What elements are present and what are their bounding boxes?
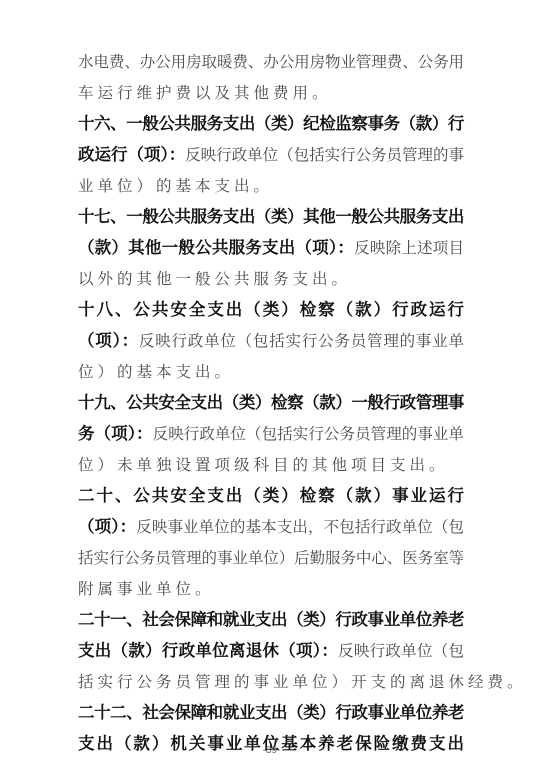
text-line: 二十二、社会保障和就业支出（类）行政事业单位养老 [78, 701, 464, 725]
heading-text: 十九、公共安全支出（类）检察（款）一般行政管理事 [78, 393, 464, 412]
heading-text: 二十一、社会保障和就业支出（类）行政事业单位养老 [78, 610, 464, 629]
heading-text: （项）： [78, 331, 139, 350]
page-number: -39- [0, 745, 543, 756]
body-text: 反映事业单位的基本支出，不包括行政单位（包 [136, 518, 464, 536]
body-text: 车运行维护费以及其他费用。 [78, 84, 332, 102]
text-line: 务（项）：反映行政单位（包括实行公务员管理的事业单 [78, 422, 464, 446]
text-line: 括实行公务员管理的事业单位）后勤服务中心、医务室等 [78, 546, 464, 570]
document-page: 水电费、办公用房取暖费、办公用房物业管理费、公务用车运行维护费以及其他费用。十六… [0, 0, 543, 768]
heading-text: 务（项）： [78, 424, 153, 443]
body-text: 位）未单独设置项级科目的其他项目支出。 [78, 456, 449, 474]
heading-text: 十八、公共安全支出（类）检察（款）行政运行 [78, 300, 464, 319]
body-text: 位）的基本支出。 [78, 363, 234, 381]
text-line: 水电费、办公用房取暖费、办公用房物业管理费、公务用 [78, 50, 464, 74]
body-text: 水电费、办公用房取暖费、办公用房物业管理费、公务用 [78, 53, 464, 71]
heading-text: 二十二、社会保障和就业支出（类）行政事业单位养老 [78, 703, 464, 722]
heading-text: 十七、一般公共服务支出（类）其他一般公共服务支出 [78, 207, 464, 226]
text-line: 十七、一般公共服务支出（类）其他一般公共服务支出 [78, 205, 464, 229]
body-text: 以外的其他一般公共服务支出。 [78, 270, 351, 288]
heading-text: 十六、一般公共服务支出（类）纪检监察事务（款）行 [78, 114, 464, 133]
body-text: 反映除上述项目 [354, 239, 464, 257]
text-line: （项）：反映事业单位的基本支出，不包括行政单位（包 [78, 515, 464, 539]
text-line: 十八、公共安全支出（类）检察（款）行政运行 [78, 298, 464, 322]
text-line: 政运行（项）：反映行政单位（包括实行公务员管理的事 [78, 143, 464, 167]
text-line: 业单位）的基本支出。 [78, 174, 464, 198]
text-line: 以外的其他一般公共服务支出。 [78, 267, 464, 291]
text-line: （款）其他一般公共服务支出（项）：反映除上述项目 [78, 236, 464, 260]
body-text: 反映行政单位（包括实行公务员管理的事业单 [153, 425, 464, 443]
body-text: 附属事业单位。 [78, 580, 215, 598]
heading-text: 二十、公共安全支出（类）检察（款）事业运行 [78, 486, 464, 505]
text-line: 括实行公务员管理的事业单位）开支的离退休经费。 [78, 670, 464, 694]
body-text: 括实行公务员管理的事业单位）开支的离退休经费。 [78, 673, 527, 691]
text-line: （项）：反映行政单位（包括实行公务员管理的事业单 [78, 329, 464, 353]
body-text: 括实行公务员管理的事业单位）后勤服务中心、医务室等 [78, 549, 464, 567]
text-line: 二十一、社会保障和就业支出（类）行政事业单位养老 [78, 608, 464, 632]
body-text: 反映行政单位（包 [338, 642, 464, 660]
text-line: 十六、一般公共服务支出（类）纪检监察事务（款）行 [78, 112, 464, 136]
heading-text: 政运行（项）： [78, 145, 185, 164]
text-line: 附属事业单位。 [78, 577, 464, 601]
text-line: 位）的基本支出。 [78, 360, 464, 384]
heading-text: （款）其他一般公共服务支出（项）： [78, 238, 354, 257]
text-line: 车运行维护费以及其他费用。 [78, 81, 464, 105]
body-text: 业单位）的基本支出。 [78, 177, 273, 195]
heading-text: （项）： [78, 517, 136, 536]
text-line: 二十、公共安全支出（类）检察（款）事业运行 [78, 484, 464, 508]
text-line: 支出（款）行政单位离退休（项）：反映行政单位（包 [78, 639, 464, 663]
body-text: 反映行政单位（包括实行公务员管理的事 [185, 146, 464, 164]
text-line: 十九、公共安全支出（类）检察（款）一般行政管理事 [78, 391, 464, 415]
text-line: 位）未单独设置项级科目的其他项目支出。 [78, 453, 464, 477]
body-text: 反映行政单位（包括实行公务员管理的事业单 [139, 332, 464, 350]
heading-text: 支出（款）行政单位离退休（项）： [78, 641, 338, 660]
